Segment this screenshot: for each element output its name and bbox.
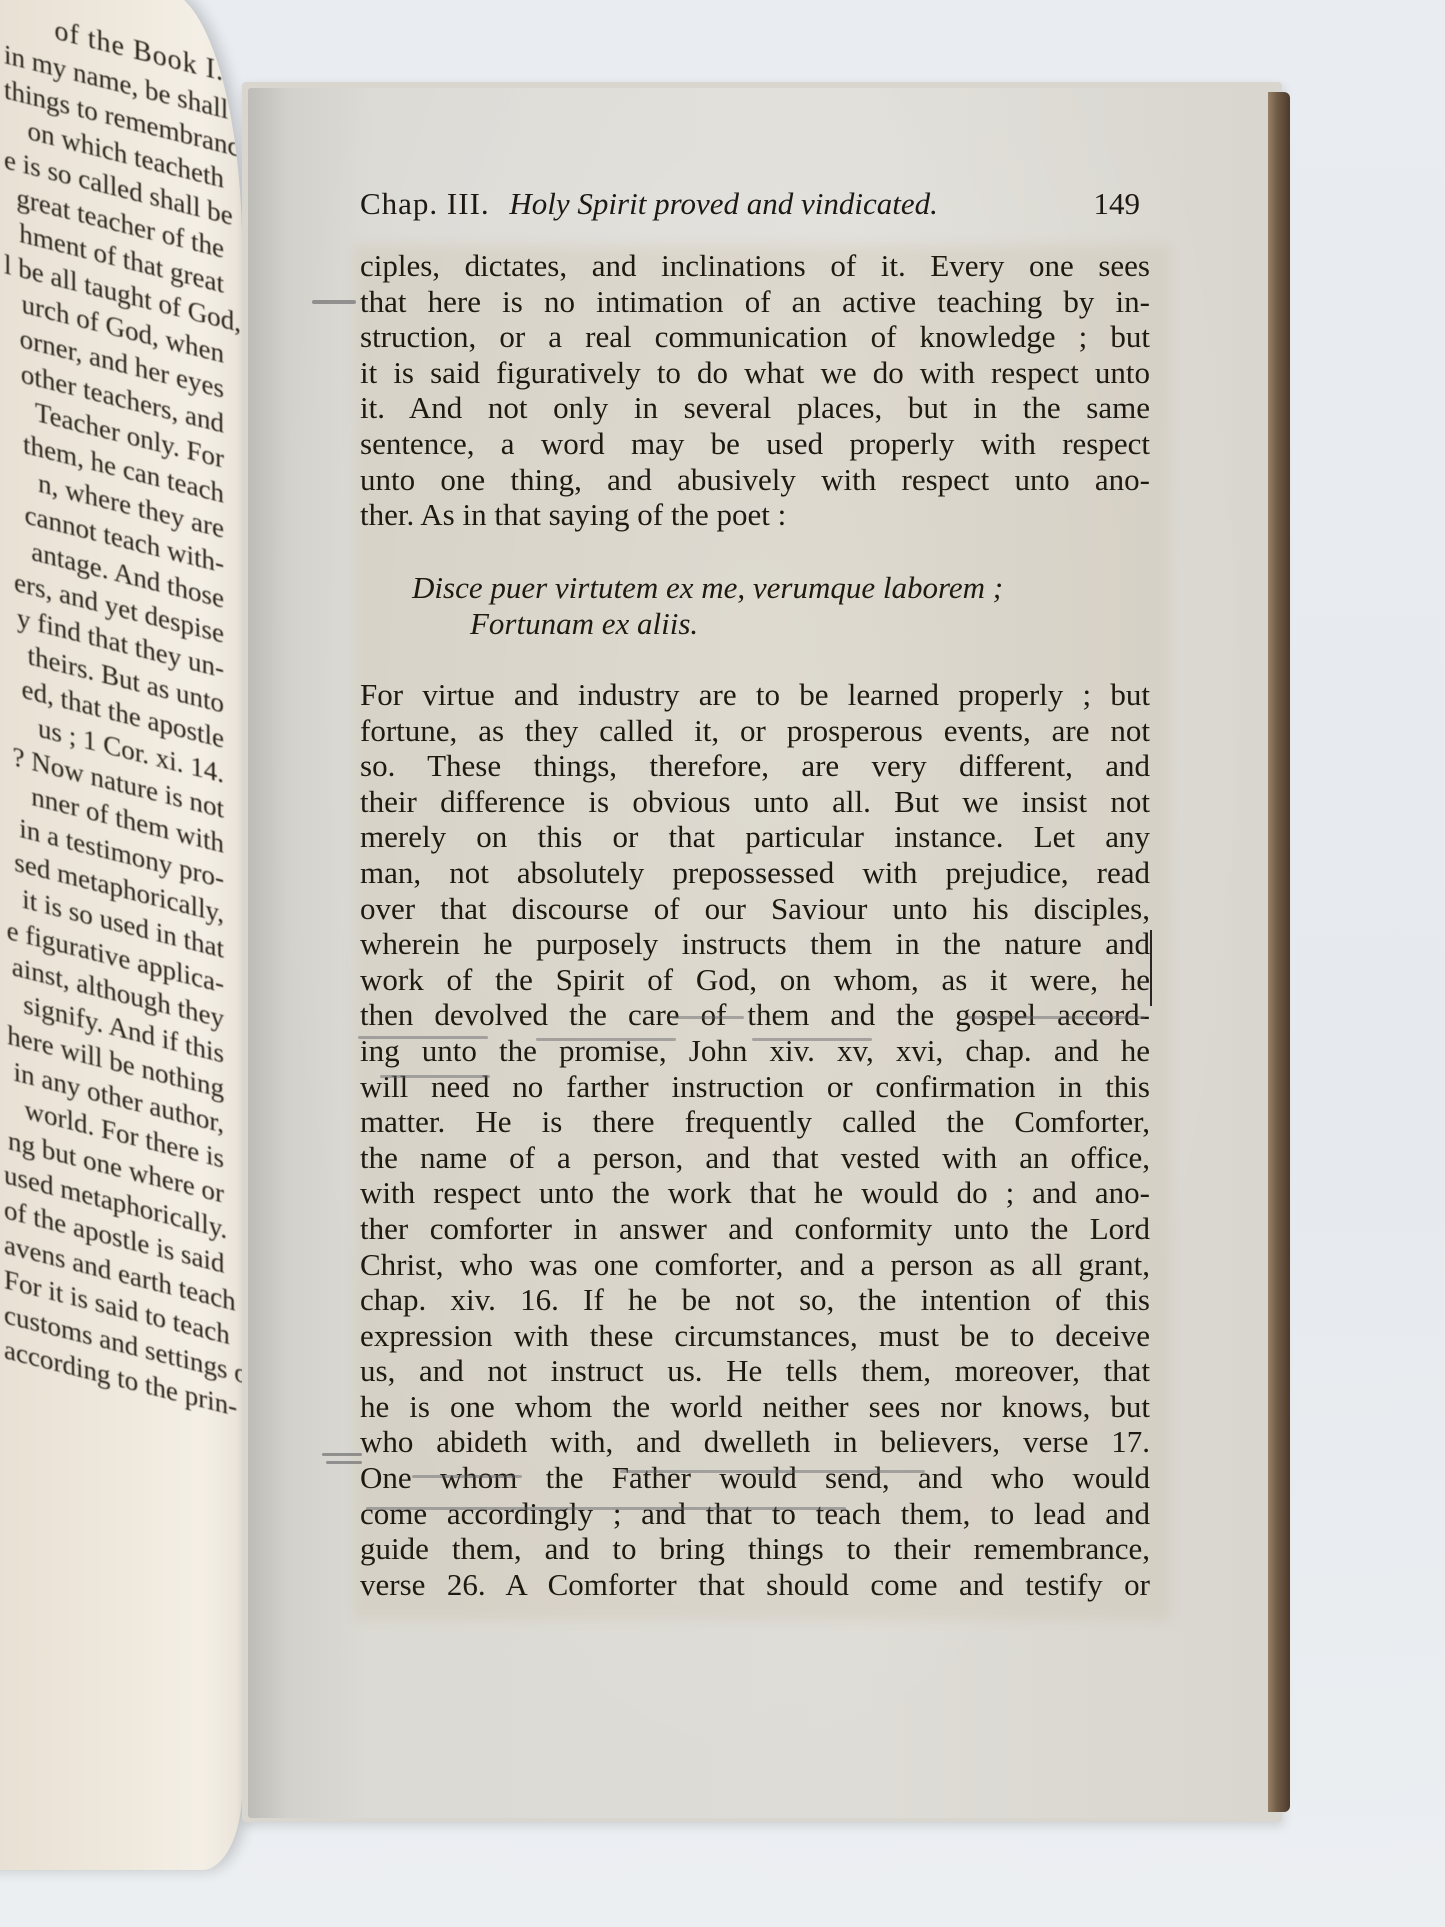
text-line: chap. xiv. 16. If he be not so, the inte… (360, 1282, 1150, 1318)
text-line: with respect unto the work that he would… (360, 1175, 1150, 1211)
page-number: 149 (1094, 186, 1141, 222)
text-line: ther. As in that saying of the poet : (360, 497, 1150, 533)
text-line: guide them, and to bring things to their… (360, 1531, 1150, 1567)
text-line: the name of a person, and that vested wi… (360, 1140, 1150, 1176)
text-line: will need no farther instruction or conf… (360, 1069, 1150, 1105)
latin-verse: Disce puer virtutem ex me, verumque labo… (412, 570, 1092, 642)
text-line: their difference is obvious unto all. Bu… (360, 784, 1150, 820)
ink-margin-line (1150, 930, 1152, 1006)
text-line: matter. He is there frequently called th… (360, 1104, 1150, 1140)
text-line: us, and not instruct us. He tells them, … (360, 1353, 1150, 1389)
pencil-underline (358, 1036, 488, 1039)
text-line: ther comforter in answer and conformity … (360, 1211, 1150, 1247)
verse-line-1: Disce puer virtutem ex me, verumque labo… (412, 570, 1092, 606)
text-line: Christ, who was one comforter, and a per… (360, 1247, 1150, 1283)
pencil-margin-double-dash (326, 1461, 362, 1464)
text-line: ciples, dictates, and inclinations of it… (360, 248, 1150, 284)
text-line: fortune, as they called it, or prosperou… (360, 713, 1150, 749)
text-line: work of the Spirit of God, on whom, as i… (360, 962, 1150, 998)
text-line: that here is no intimation of an active … (360, 284, 1150, 320)
pencil-underline (620, 1470, 925, 1473)
text-line: merely on this or that particular instan… (360, 819, 1150, 855)
chapter-label: Chap. III. (360, 186, 490, 221)
left-facing-page: of the Book I. in my name, be shall thin… (0, 0, 242, 1870)
text-line: come accordingly ; and that to teach the… (360, 1496, 1150, 1532)
book-photo: of the Book I. in my name, be shall thin… (0, 0, 1445, 1927)
text-line: For virtue and industry are to be learne… (360, 677, 1150, 713)
text-line: man, not absolutely prepossessed with pr… (360, 855, 1150, 891)
pencil-underline (536, 1038, 676, 1041)
text-line: it. And not only in several places, but … (360, 390, 1150, 426)
pencil-underline (672, 1016, 744, 1019)
text-line: struction, or a real communication of kn… (360, 319, 1150, 355)
text-line: wherein he purposely instructs them in t… (360, 926, 1150, 962)
text-line: he is one whom the world neither sees no… (360, 1389, 1150, 1425)
text-line: expression with these circumstances, mus… (360, 1318, 1150, 1354)
pencil-underline (412, 1475, 522, 1478)
pencil-underline (366, 1507, 846, 1510)
paragraph-2: For virtue and industry are to be learne… (360, 677, 1150, 1602)
chapter-title: Holy Spirit proved and vindicated. (509, 186, 937, 221)
pencil-margin-dash (312, 300, 356, 304)
left-page-text: of the Book I. in my name, be shall thin… (4, 0, 224, 1422)
text-line: it is said figuratively to do what we do… (360, 355, 1150, 391)
text-line: sentence, a word may be used properly wi… (360, 426, 1150, 462)
text-line: unto one thing, and abusively with respe… (360, 462, 1150, 498)
paragraph-1: ciples, dictates, and inclinations of it… (360, 248, 1150, 533)
pencil-underline (380, 1075, 490, 1078)
running-header: Chap. III. Holy Spirit proved and vindic… (360, 186, 1140, 226)
text-line: verse 26. A Comforter that should come a… (360, 1567, 1150, 1603)
verse-line-2: Fortunam ex aliis. (412, 606, 1092, 642)
text-line: so. These things, therefore, are very di… (360, 748, 1150, 784)
pencil-underline (965, 1016, 1145, 1019)
text-line: who abideth with, and dwelleth in believ… (360, 1424, 1150, 1460)
pencil-underline (752, 1038, 872, 1041)
pencil-margin-double-dash (322, 1453, 362, 1456)
text-line: over that discourse of our Saviour unto … (360, 891, 1150, 927)
